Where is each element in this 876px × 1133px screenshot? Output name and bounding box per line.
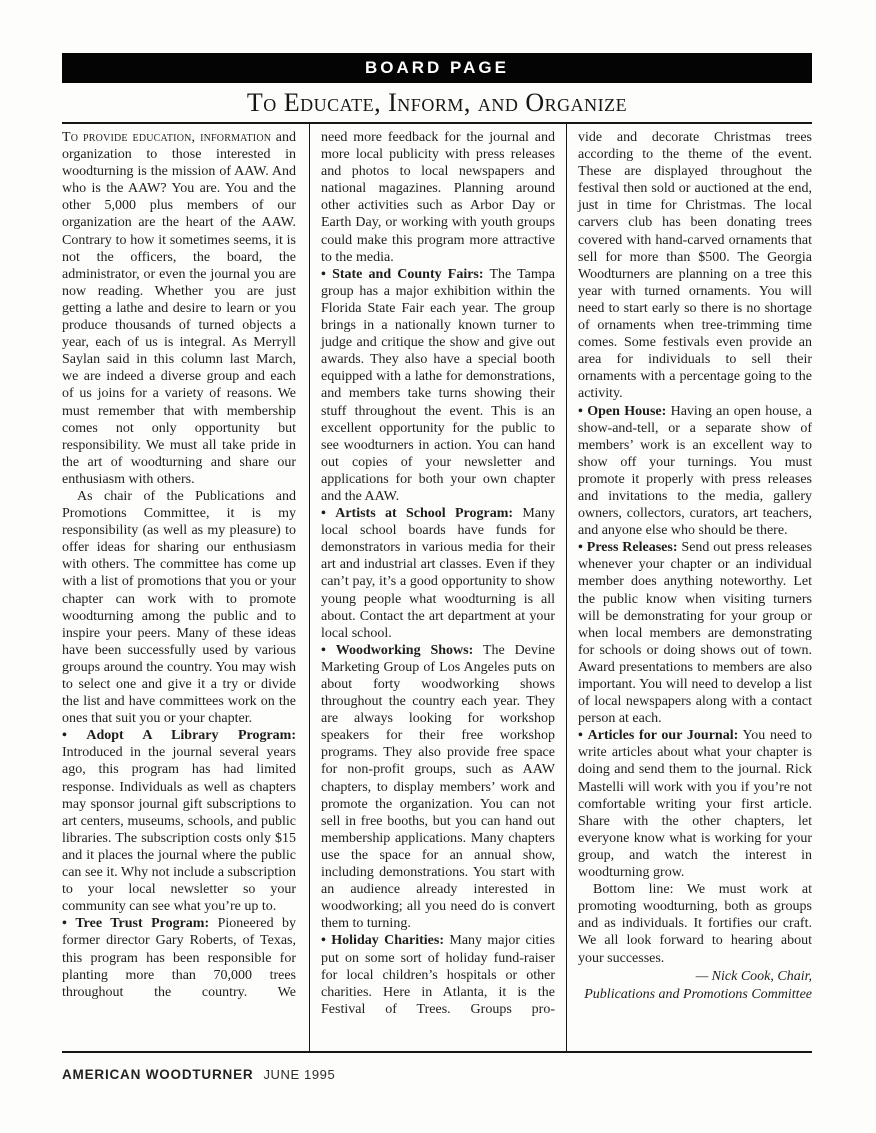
paragraph: Bottom line: We must work at promoting w… [578,881,812,966]
column-3: vide and decorate Christmas trees accord… [566,124,812,1051]
paragraph-text: You need to write articles about what yo… [578,728,812,880]
program-title: Open House: [587,404,666,419]
paragraph: vide and decorate Christmas trees accord… [578,129,812,403]
paragraph-text: As chair of the Publications and Promoti… [62,489,296,726]
banner: BOARD PAGE [62,53,812,83]
paragraph: • State and County Fairs: The Tampa grou… [321,266,555,505]
column-2: need more feedback for the journal and m… [309,124,566,1051]
smallcaps-lead: To provide education, information [62,130,271,145]
paragraph: To provide education, information and or… [62,129,296,488]
bullet-icon: • [578,540,583,555]
signature-line: Publications and Promotions Committee [578,986,812,1003]
program-title: State and County Fairs: [332,267,483,282]
bullet-icon: • [321,506,326,521]
program-title: Tree Trust Program: [75,916,209,931]
bullet-icon: • [321,267,326,282]
program-title: Woodworking Shows: [336,643,473,658]
page-content: BOARD PAGE To Educate, Inform, and Organ… [62,0,812,1084]
bullet-icon: • [321,933,326,948]
paragraph-text: Introduced in the journal several years … [62,745,296,914]
banner-title: BOARD PAGE [365,58,509,78]
paragraph-text: vide and decorate Christmas trees accord… [578,130,812,401]
paragraph: • Open House: Having an open house, a sh… [578,403,812,540]
paragraph: • Adopt A Library Program: Introduced in… [62,727,296,915]
page-footer: AMERICAN WOODTURNERJUNE 1995 [62,1066,812,1084]
paragraph: • Tree Trust Program: Pioneered by forme… [62,915,296,1000]
paragraph-text: The Tampa group has a major exhibition w… [321,267,555,504]
program-title: Articles for our Journal: [588,728,739,743]
program-title: Artists at School Program: [335,506,513,521]
program-title: Adopt A Library Program: [86,728,296,743]
program-title: Press Releases: [587,540,678,555]
paragraph: • Woodworking Shows: The Devine Marketin… [321,642,555,933]
paragraph: • Holiday Charities: Many major cities p… [321,932,555,1017]
paragraph-text: Send out press releases whenever your ch… [578,540,812,726]
paragraph-text: Many local school boards have funds for … [321,506,555,641]
article-columns: To provide education, information and or… [62,122,812,1053]
paragraph-text: need more feedback for the journal and m… [321,130,555,265]
bullet-icon: • [578,728,583,743]
bullet-icon: • [62,728,67,743]
paragraph: need more feedback for the journal and m… [321,129,555,266]
paragraph: • Articles for our Journal: You need to … [578,727,812,881]
issue-date: JUNE 1995 [263,1067,335,1082]
paragraph-text: Bottom line: We must work at promoting w… [578,882,812,965]
paragraph: • Artists at School Program: Many local … [321,505,555,642]
program-title: Holiday Charities: [331,933,444,948]
paragraph-text: Having an open house, a show-and-tell, o… [578,404,812,539]
paragraph: As chair of the Publications and Promoti… [62,488,296,727]
magazine-name: AMERICAN WOODTURNER [62,1067,253,1082]
column-1: To provide education, information and or… [62,124,309,1051]
page-title: To Educate, Inform, and Organize [62,88,812,118]
bullet-icon: • [321,643,326,658]
paragraph-text: The Devine Marketing Group of Los Angele… [321,643,555,932]
paragraph: • Press Releases: Send out press release… [578,539,812,727]
paragraph-text: and organization to those interested in … [62,130,296,487]
bullet-icon: • [62,916,67,931]
bullet-icon: • [578,404,583,419]
signature-line: — Nick Cook, Chair, [578,968,812,985]
